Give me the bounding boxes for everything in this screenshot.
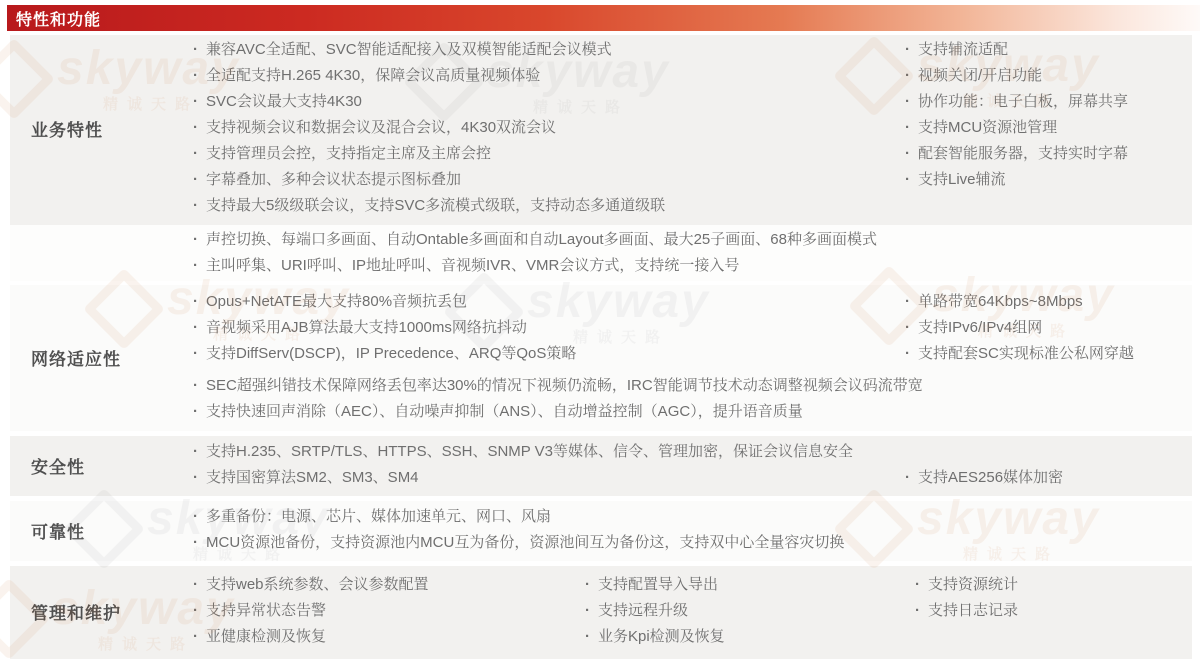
feature-item: 支持MCU资源池管理	[905, 115, 1192, 141]
page-title: 特性和功能	[7, 7, 101, 30]
feature-item: 字幕叠加、多种会议状态提示图标叠加	[193, 167, 905, 193]
row-content: 支持web系统参数、会议参数配置 支持异常状态告警 亚健康检测及恢复 支持配置导…	[193, 572, 1192, 650]
row-label-cell: 管理和维护	[10, 572, 193, 650]
feature-item: 多重备份：电源、芯片、媒体加速单元、网口、风扇	[193, 504, 1192, 530]
feature-item: 视频关闭/开启功能	[905, 63, 1192, 89]
row-content: 兼容AVC全适配、SVC智能适配接入及双模智能适配会议模式 全适配支持H.265…	[193, 37, 1192, 219]
row-security: 安全性 支持H.235、SRTP/TLS、HTTPS、SSH、SNMP V3等媒…	[10, 436, 1192, 496]
feature-item: 支持DiffServ(DSCP)，IP Precedence、ARQ等QoS策略	[193, 341, 905, 367]
row-label: 网络适应性	[31, 345, 121, 370]
feature-item: 全适配支持H.265 4K30，保障会议高质量视频体验	[193, 63, 905, 89]
feature-column-2: 支持配置导入导出 支持远程升级 业务Kpi检测及恢复	[585, 572, 915, 650]
row-content: 多重备份：电源、芯片、媒体加速单元、网口、风扇 MCU资源池备份，支持资源池内M…	[193, 504, 1192, 556]
feature-item: 单路带宽64Kbps~8Mbps	[905, 289, 1192, 315]
feature-item: 亚健康检测及恢复	[193, 624, 585, 650]
row-business-features: 业务特性 兼容AVC全适配、SVC智能适配接入及双模智能适配会议模式 全适配支持…	[10, 35, 1192, 225]
feature-item: MCU资源池备份，支持资源池内MCU互为备份，资源池间互为备份这，支持双中心全量…	[193, 530, 1192, 556]
feature-item: SVC会议最大支持4K30	[193, 89, 905, 115]
feature-item: 支持远程升级	[585, 598, 915, 624]
row-content: 声控切换、每端口多画面、自动Ontable多画面和自动Layout多画面、最大2…	[193, 227, 1192, 279]
feature-column-1: 支持web系统参数、会议参数配置 支持异常状态告警 亚健康检测及恢复	[193, 572, 585, 650]
feature-item: 支持配套SC实现标准公私网穿越	[905, 341, 1192, 367]
feature-item: 主叫呼集、URI呼叫、IP地址呼叫、音视频IVR、VMR会议方式，支持统一接入号	[193, 253, 1192, 279]
feature-item: 支持资源统计	[915, 572, 1192, 598]
feature-item: 支持web系统参数、会议参数配置	[193, 572, 585, 598]
feature-item: 支持快速回声消除（AEC）、自动噪声抑制（ANS）、自动增益控制（AGC），提升…	[193, 399, 1192, 425]
feature-item: 支持管理员会控，支持指定主席及主席会控	[193, 141, 905, 167]
feature-item: 支持IPv6/IPv4组网	[905, 315, 1192, 341]
row-label-cell: 可靠性	[10, 504, 193, 556]
feature-item: 支持异常状态告警	[193, 598, 585, 624]
row-label-cell: 网络适应性	[10, 289, 193, 425]
feature-item: Opus+NetATE最大支持80%音频抗丢包	[193, 289, 905, 315]
feature-item: 支持Live辅流	[905, 167, 1192, 193]
feature-two-columns: 支持国密算法SM2、SM3、SM4 支持AES256媒体加密	[193, 465, 1192, 491]
feature-two-columns: Opus+NetATE最大支持80%音频抗丢包 音视频采用AJB算法最大支持10…	[193, 289, 1192, 367]
feature-item: 支持国密算法SM2、SM3、SM4	[193, 465, 905, 491]
feature-item: 支持配置导入导出	[585, 572, 915, 598]
row-label-cell: 业务特性	[10, 37, 193, 219]
feature-item: SEC超强纠错技术保障网络丢包率达30%的情况下视频仍流畅，IRC智能调节技术动…	[193, 373, 1192, 399]
feature-column-right: 单路带宽64Kbps~8Mbps 支持IPv6/IPv4组网 支持配套SC实现标…	[905, 289, 1192, 367]
feature-item: 支持最大5级级联会议，支持SVC多流模式级联，支持动态多通道级联	[193, 193, 905, 219]
feature-fullwidth-group: SEC超强纠错技术保障网络丢包率达30%的情况下视频仍流畅，IRC智能调节技术动…	[193, 373, 1192, 425]
feature-item: 支持辅流适配	[905, 37, 1192, 63]
feature-column-left: 兼容AVC全适配、SVC智能适配接入及双模智能适配会议模式 全适配支持H.265…	[193, 37, 905, 219]
row-label: 可靠性	[31, 518, 85, 543]
feature-item: 音视频采用AJB算法最大支持1000ms网络抗抖动	[193, 315, 905, 341]
feature-column-right: 支持辅流适配 视频关闭/开启功能 协作功能：电子白板，屏幕共享 支持MCU资源池…	[905, 37, 1192, 219]
feature-item: 支持AES256媒体加密	[905, 465, 1192, 491]
feature-item: 配套智能服务器，支持实时字幕	[905, 141, 1192, 167]
row-network-adaptability: 网络适应性 Opus+NetATE最大支持80%音频抗丢包 音视频采用AJB算法…	[10, 285, 1192, 431]
section-header-bar: 特性和功能	[7, 5, 1200, 31]
feature-item: 声控切换、每端口多画面、自动Ontable多画面和自动Layout多画面、最大2…	[193, 227, 1192, 253]
feature-item: 业务Kpi检测及恢复	[585, 624, 915, 650]
row-label: 业务特性	[31, 116, 103, 141]
row-label-spacer	[10, 227, 193, 279]
feature-item: 支持日志记录	[915, 598, 1192, 624]
feature-item: 协作功能：电子白板，屏幕共享	[905, 89, 1192, 115]
row-label: 管理和维护	[31, 599, 121, 624]
row-business-features-fullwidth: 声控切换、每端口多画面、自动Ontable多画面和自动Layout多画面、最大2…	[10, 225, 1192, 281]
feature-item: 支持H.235、SRTP/TLS、HTTPS、SSH、SNMP V3等媒体、信令…	[193, 439, 1192, 465]
row-label-cell: 安全性	[10, 439, 193, 491]
feature-item: 支持视频会议和数据会议及混合会议，4K30双流会议	[193, 115, 905, 141]
row-reliability: 可靠性 多重备份：电源、芯片、媒体加速单元、网口、风扇 MCU资源池备份，支持资…	[10, 501, 1192, 561]
feature-column-3: 支持资源统计 支持日志记录	[915, 572, 1192, 650]
row-content: 支持H.235、SRTP/TLS、HTTPS、SSH、SNMP V3等媒体、信令…	[193, 439, 1192, 491]
row-management-maintenance: 管理和维护 支持web系统参数、会议参数配置 支持异常状态告警 亚健康检测及恢复…	[10, 566, 1192, 659]
row-content: Opus+NetATE最大支持80%音频抗丢包 音视频采用AJB算法最大支持10…	[193, 289, 1192, 425]
row-label: 安全性	[31, 453, 85, 478]
feature-item: 兼容AVC全适配、SVC智能适配接入及双模智能适配会议模式	[193, 37, 905, 63]
feature-column-left: Opus+NetATE最大支持80%音频抗丢包 音视频采用AJB算法最大支持10…	[193, 289, 905, 367]
